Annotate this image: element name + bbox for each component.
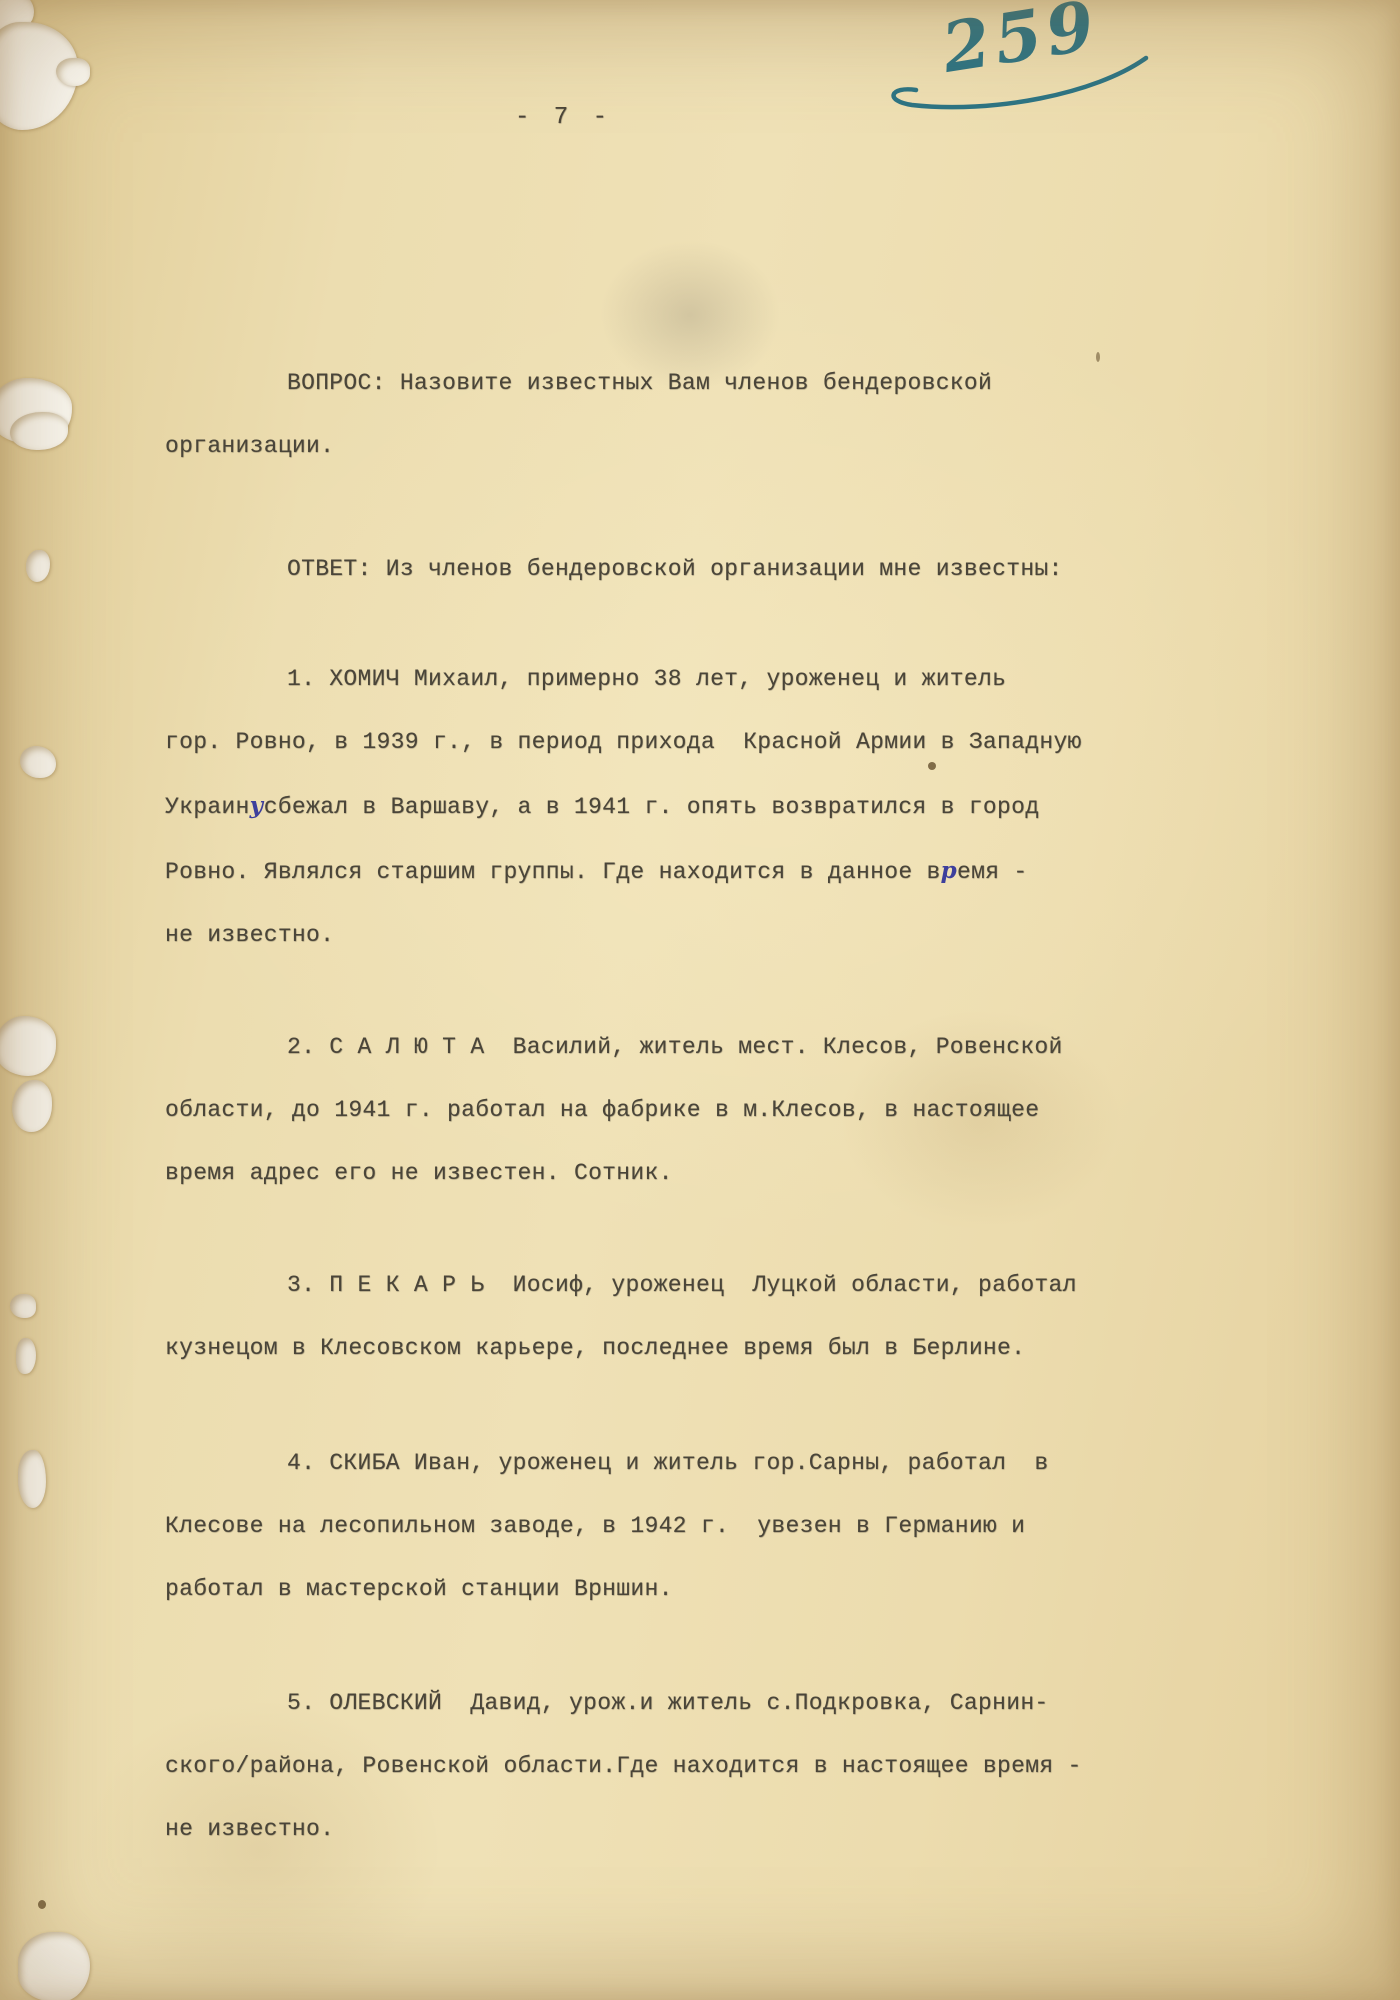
document-page: 259 - 7 - ВОПРОС: Назовите известных Вам… bbox=[0, 0, 1400, 2000]
handwritten-insertion: у bbox=[250, 792, 264, 819]
answer-paragraph: ОТВЕТ: Из членов бендеровской организаци… bbox=[165, 538, 1155, 601]
list-item-5: 5. ОЛЕВСКИЙ Давид, урож.и житель с.Подкр… bbox=[165, 1672, 1155, 1861]
torn-hole bbox=[12, 1080, 52, 1132]
typed-line: не известно. bbox=[165, 904, 1155, 967]
torn-hole bbox=[18, 1450, 46, 1508]
typed-line: 2. С А Л Ю Т А Василий, житель мест. Кле… bbox=[165, 1016, 1155, 1079]
typed-line: Украинусбежал в Варшаву, а в 1941 г. опя… bbox=[165, 774, 1155, 839]
typed-line: ского/района, Ровенской области.Где нахо… bbox=[165, 1735, 1155, 1798]
torn-hole bbox=[10, 1294, 36, 1318]
page-number: - 7 - bbox=[515, 86, 612, 149]
list-item-1: 1. ХОМИЧ Михаил, примерно 38 лет, урожен… bbox=[165, 648, 1155, 967]
torn-hole bbox=[0, 1016, 56, 1076]
torn-hole bbox=[26, 550, 50, 582]
ink-speck bbox=[38, 1900, 46, 1909]
typed-line: работал в мастерской станции Врншин. bbox=[165, 1558, 1155, 1621]
typed-text: сбежал в Варшаву, а в 1941 г. опять возв… bbox=[264, 794, 1040, 820]
torn-hole bbox=[18, 1932, 90, 2000]
torn-hole bbox=[16, 1338, 36, 1374]
handwritten-page-number-text: 259 bbox=[936, 0, 1105, 89]
torn-hole bbox=[10, 412, 68, 450]
typed-text: Ровно. Являлся старшим группы. Где наход… bbox=[165, 859, 941, 885]
typed-line: 4. СКИБА Иван, уроженец и житель гор.Сар… bbox=[165, 1432, 1155, 1495]
torn-hole bbox=[56, 58, 90, 86]
typed-line: Клесове на лесопильном заводе, в 1942 г.… bbox=[165, 1495, 1155, 1558]
typed-line: организации. bbox=[165, 415, 1155, 478]
typed-line: гор. Ровно, в 1939 г., в период прихода … bbox=[165, 711, 1155, 774]
handwritten-page-number: 259 bbox=[860, 0, 1170, 125]
typed-line: ОТВЕТ: Из членов бендеровской организаци… bbox=[165, 538, 1155, 601]
question-paragraph: ВОПРОС: Назовите известных Вам членов бе… bbox=[165, 352, 1155, 478]
typed-line: ВОПРОС: Назовите известных Вам членов бе… bbox=[165, 352, 1155, 415]
typed-line: 1. ХОМИЧ Михаил, примерно 38 лет, урожен… bbox=[165, 648, 1155, 711]
typed-line: области, до 1941 г. работал на фабрике в… bbox=[165, 1079, 1155, 1142]
typed-line: 3. П Е К А Р Ь Иосиф, уроженец Луцкой об… bbox=[165, 1254, 1155, 1317]
typed-line: кузнецом в Клесовском карьере, последнее… bbox=[165, 1317, 1155, 1380]
typed-line: Ровно. Являлся старшим группы. Где наход… bbox=[165, 839, 1155, 904]
typed-text: емя - bbox=[957, 859, 1028, 885]
handwritten-insertion: р bbox=[941, 857, 957, 884]
list-item-2: 2. С А Л Ю Т А Василий, житель мест. Кле… bbox=[165, 1016, 1155, 1205]
torn-hole bbox=[20, 746, 56, 778]
typed-text: Украин bbox=[165, 794, 250, 820]
typed-line: 5. ОЛЕВСКИЙ Давид, урож.и житель с.Подкр… bbox=[165, 1672, 1155, 1735]
list-item-4: 4. СКИБА Иван, уроженец и житель гор.Сар… bbox=[165, 1432, 1155, 1621]
typed-line: не известно. bbox=[165, 1798, 1155, 1861]
list-item-3: 3. П Е К А Р Ь Иосиф, уроженец Луцкой об… bbox=[165, 1254, 1155, 1380]
typed-line: время адрес его не известен. Сотник. bbox=[165, 1142, 1155, 1205]
